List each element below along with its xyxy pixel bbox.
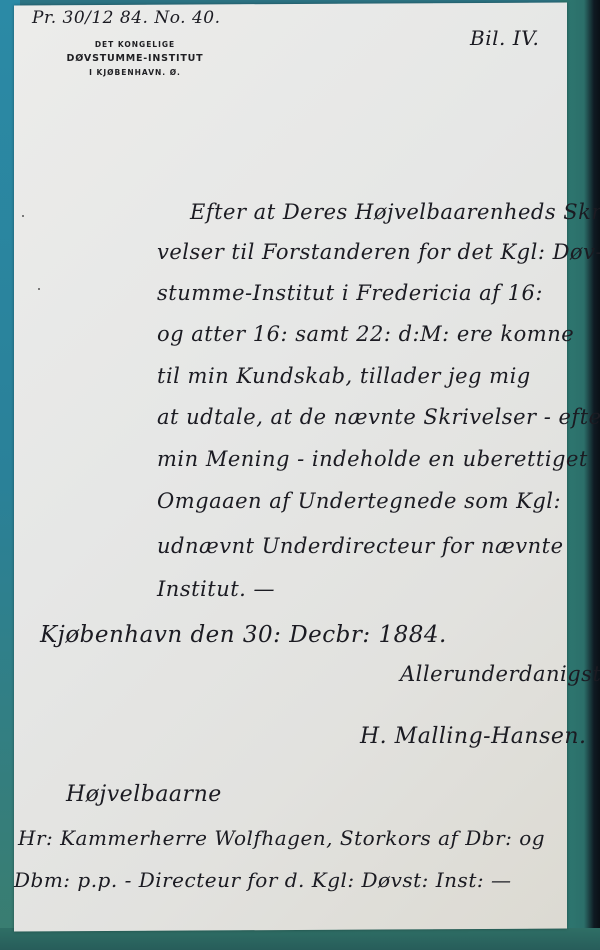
body-line: Institut. — [157, 577, 275, 601]
signature: H. Malling-Hansen. [360, 724, 587, 749]
body-line: at udtale, at de nævnte Skrivelser - eft… [157, 405, 600, 429]
letterhead-line-2: DØVSTUMME-INSTITUT [60, 51, 210, 66]
body-line: og atter 16: samt 22: d:M: ere komne [157, 322, 574, 346]
letterhead-line-1: DET KONGELIGE [60, 38, 210, 51]
annex-label: Bil. IV. [470, 26, 539, 50]
paper-speck [38, 288, 40, 290]
body-line: udnævnt Underdirecteur for nævnte [157, 534, 564, 558]
body-line: til min Kundskab, tillader jeg mig [157, 364, 531, 388]
paper-speck [22, 215, 24, 217]
reference-number: Pr. 30/12 84. No. 40. [32, 8, 221, 28]
body-line: Efter at Deres Højvelbaarenheds Skri- [190, 200, 600, 224]
body-line: velser til Forstanderen for det Kgl: Døv… [157, 240, 600, 264]
closing-formula: Allerunderdanigst [400, 662, 600, 686]
letterhead: DET KONGELIGE DØVSTUMME-INSTITUT I KJØBE… [60, 38, 210, 79]
body-line: Omgaaen af Undertegnede som Kgl: [157, 489, 561, 513]
body-line: stumme-Institut i Fredericia af 16: [157, 281, 543, 305]
place-and-date: Kjøbenhavn den 30: Decbr: 1884. [40, 622, 447, 648]
background-bottom-edge [0, 928, 600, 950]
addressee-salutation: Højvelbaarne [66, 782, 222, 807]
addressee-line-1: Hr: Kammerherre Wolfhagen, Storkors af D… [18, 826, 545, 850]
letterhead-line-3: I KJØBENHAVN. Ø. [60, 66, 210, 79]
addressee-line-2: Dbm: p.p. - Directeur for d. Kgl: Døvst:… [14, 868, 511, 892]
body-line: min Mening - indeholde en uberettiget [157, 447, 588, 471]
